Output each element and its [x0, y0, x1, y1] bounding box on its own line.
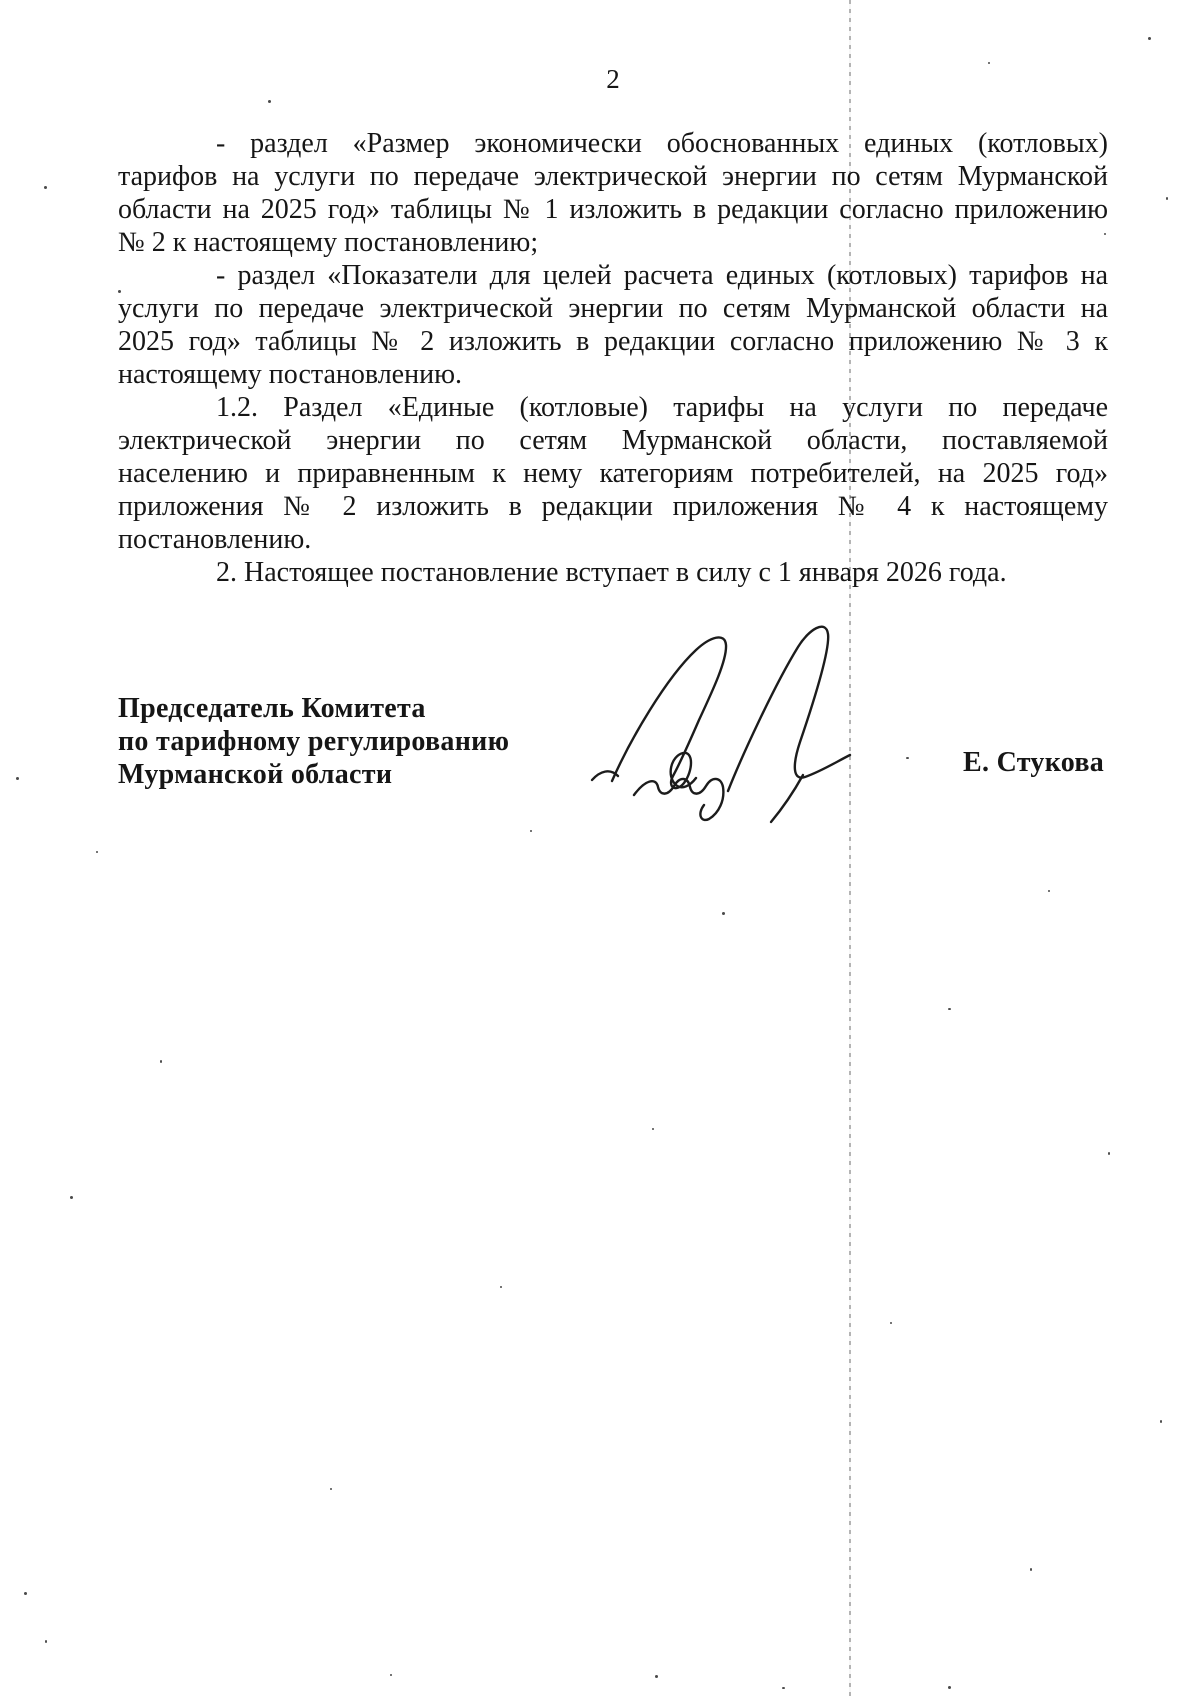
text-line: области на 2025 год» таблицы № 1 изложит… — [118, 193, 1108, 226]
signatory-title-line: Председатель Комитета — [118, 692, 578, 725]
signatory-title-line: по тарифному регулированию — [118, 725, 578, 758]
text-line: - раздел «Размер экономически обоснованн… — [118, 127, 1108, 160]
text-line: приложения № 2 изложить в редакции прило… — [118, 490, 1108, 523]
text-line: № 2 к настоящему постановлению; — [118, 226, 1108, 259]
text-line: - раздел «Показатели для целей расчета е… — [118, 259, 1108, 292]
signatory-title-line: Мурманской области — [118, 758, 578, 791]
text-line: услуги по передаче электрической энергии… — [118, 292, 1108, 325]
signatory-name: Е. Стукова — [963, 746, 1104, 779]
text-line: 2. Настоящее постановление вступает в си… — [118, 556, 1108, 589]
text-line: тарифов на услуги по передаче электричес… — [118, 160, 1108, 193]
document-body: - раздел «Размер экономически обоснованн… — [118, 127, 1108, 589]
text-line: населению и приравненным к нему категори… — [118, 457, 1108, 490]
text-line: 1.2. Раздел «Единые (котловые) тарифы на… — [118, 391, 1108, 424]
text-line: постановлению. — [118, 523, 1108, 556]
text-line: 2025 год» таблицы № 2 изложить в редакци… — [118, 325, 1108, 358]
paragraph: - раздел «Размер экономически обоснованн… — [118, 127, 1108, 259]
handwritten-signature-icon — [578, 590, 858, 825]
signatory-title: Председатель Комитета по тарифному регул… — [118, 692, 578, 791]
paragraph: - раздел «Показатели для целей расчета е… — [118, 259, 1108, 391]
page-number: 2 — [118, 64, 1108, 94]
scanned-document-page: 2 - раздел «Размер экономически обоснова… — [0, 0, 1200, 1696]
text-line: настоящему постановлению. — [118, 358, 1108, 391]
paragraph: 1.2. Раздел «Единые (котловые) тарифы на… — [118, 391, 1108, 556]
text-line: электрической энергии по сетям Мурманско… — [118, 424, 1108, 457]
paragraph: 2. Настоящее постановление вступает в си… — [118, 556, 1108, 589]
